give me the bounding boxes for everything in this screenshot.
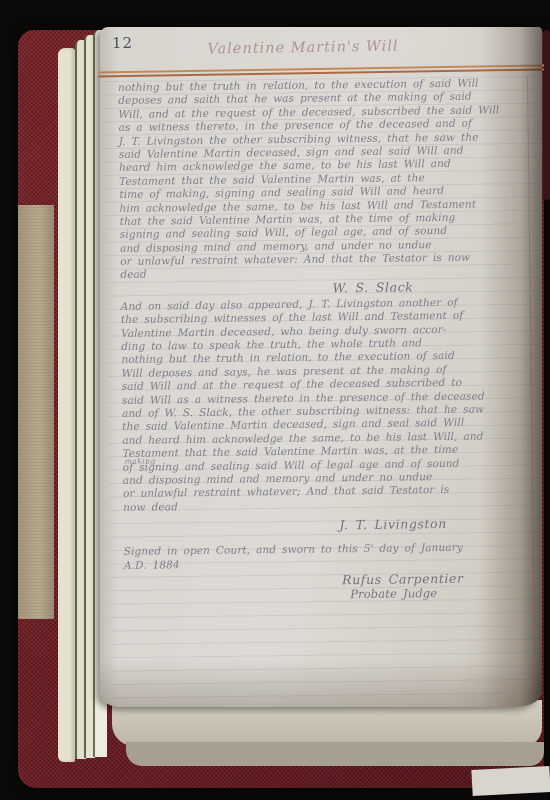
underlying-page-edge	[126, 742, 544, 766]
book-board-cloth	[18, 205, 54, 619]
witness-signature: W. S. Slack	[332, 279, 528, 296]
ruled-sheet: nothing but the truth in relation, to th…	[104, 76, 544, 703]
judge-title: Probate Judge	[350, 586, 532, 602]
ledger-page: 12 Valentine Martin's Will nothing but t…	[100, 27, 542, 707]
page-title: Valentine Martin's Will	[100, 37, 506, 59]
witness-signature: J. T. Livingston	[339, 516, 531, 533]
ledger-photo: 12 Valentine Martin's Will nothing but t…	[0, 0, 550, 800]
page-edge	[58, 48, 75, 762]
book-spine-edge	[543, 30, 550, 200]
loose-paper-corner	[471, 766, 550, 796]
manuscript-text: nothing but the truth in relation, to th…	[118, 77, 532, 605]
interlined-word: making	[125, 455, 156, 469]
